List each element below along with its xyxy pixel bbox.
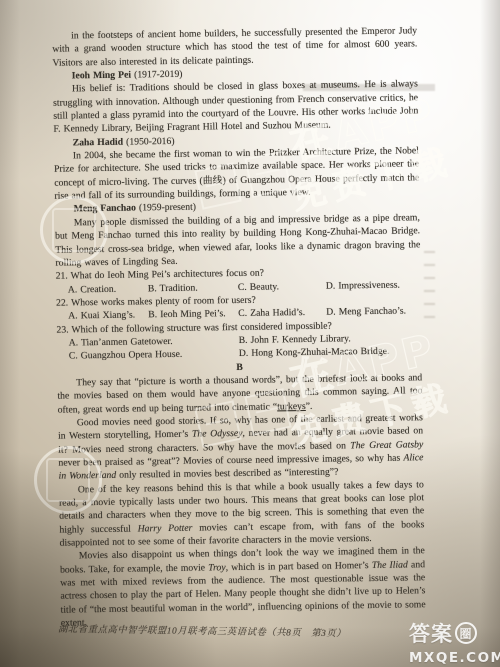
architect-paragraph: Many people dismissed the building of a … [55, 211, 421, 270]
exam-paper-photo: in the footsteps of ancient home builder… [0, 0, 500, 667]
option-d: D. Meng Fanchao’s. [326, 304, 421, 319]
option-b: B. Ieoh Ming Pei’s. [148, 307, 238, 322]
question-21: 21. What do Ieoh Ming Pei’s architecture… [56, 264, 421, 296]
option-c: C. Zaha Hadid’s. [238, 306, 326, 321]
answer-site-watermark: 答案 圈 MXQE.COM [409, 618, 500, 666]
option-c: C. Beauty. [238, 279, 326, 294]
brand-site-url: MXQE.COM [409, 650, 500, 666]
bleed-through-mark [424, 246, 435, 318]
option-c: C. Guangzhou Opera House. [69, 347, 239, 363]
architect-name: Zaha Hadid [73, 136, 124, 148]
passage-a-intro-paragraph: in the footsteps of ancient home builder… [52, 24, 418, 69]
architect-years: (1950-2016) [123, 136, 175, 148]
architect-name: Ieoh Ming Pei [72, 70, 131, 82]
architect-years: (1959-present) [136, 202, 196, 214]
question-22: 22. Whose works makes plenty of room for… [56, 291, 421, 323]
option-b: B. Tradition. [148, 281, 238, 296]
option-d: D. Hong Kong-Zhuhai-Macao Bridge. [239, 345, 422, 361]
page-content: in the footsteps of ancient home builder… [52, 24, 426, 630]
section-b-paragraph-1: They say that “picture is worth a thousa… [57, 371, 423, 416]
architect-paragraph: His belief is: Traditions should be clos… [53, 78, 419, 137]
section-b-paragraph-2: Good movies need good stories. If so, wh… [58, 411, 424, 483]
question-23: 23. Which of the following structure was… [56, 318, 422, 363]
architect-paragraph: In 2004, she became the first woman to w… [54, 144, 420, 203]
option-d: D. Impressiveness. [326, 278, 421, 293]
question-options: A. Tian’anmen Gatetower. B. John F. Kenn… [57, 331, 422, 363]
section-b-paragraph-3: One of the key reasons behind this is th… [59, 478, 425, 550]
brand-name: 答案 圈 [409, 618, 500, 648]
architect-name: Meng Fanchao [74, 203, 136, 215]
section-b-paragraph-4: Movies also disappoint us when things do… [60, 545, 426, 630]
option-a: A. Creation. [68, 282, 148, 297]
brand-name-text: 答案 [409, 618, 453, 648]
brand-circle-icon: 圈 [455, 622, 477, 644]
option-a: A. Kuai Xiang’s. [68, 309, 148, 324]
architect-years: (1917-2019) [131, 69, 183, 81]
